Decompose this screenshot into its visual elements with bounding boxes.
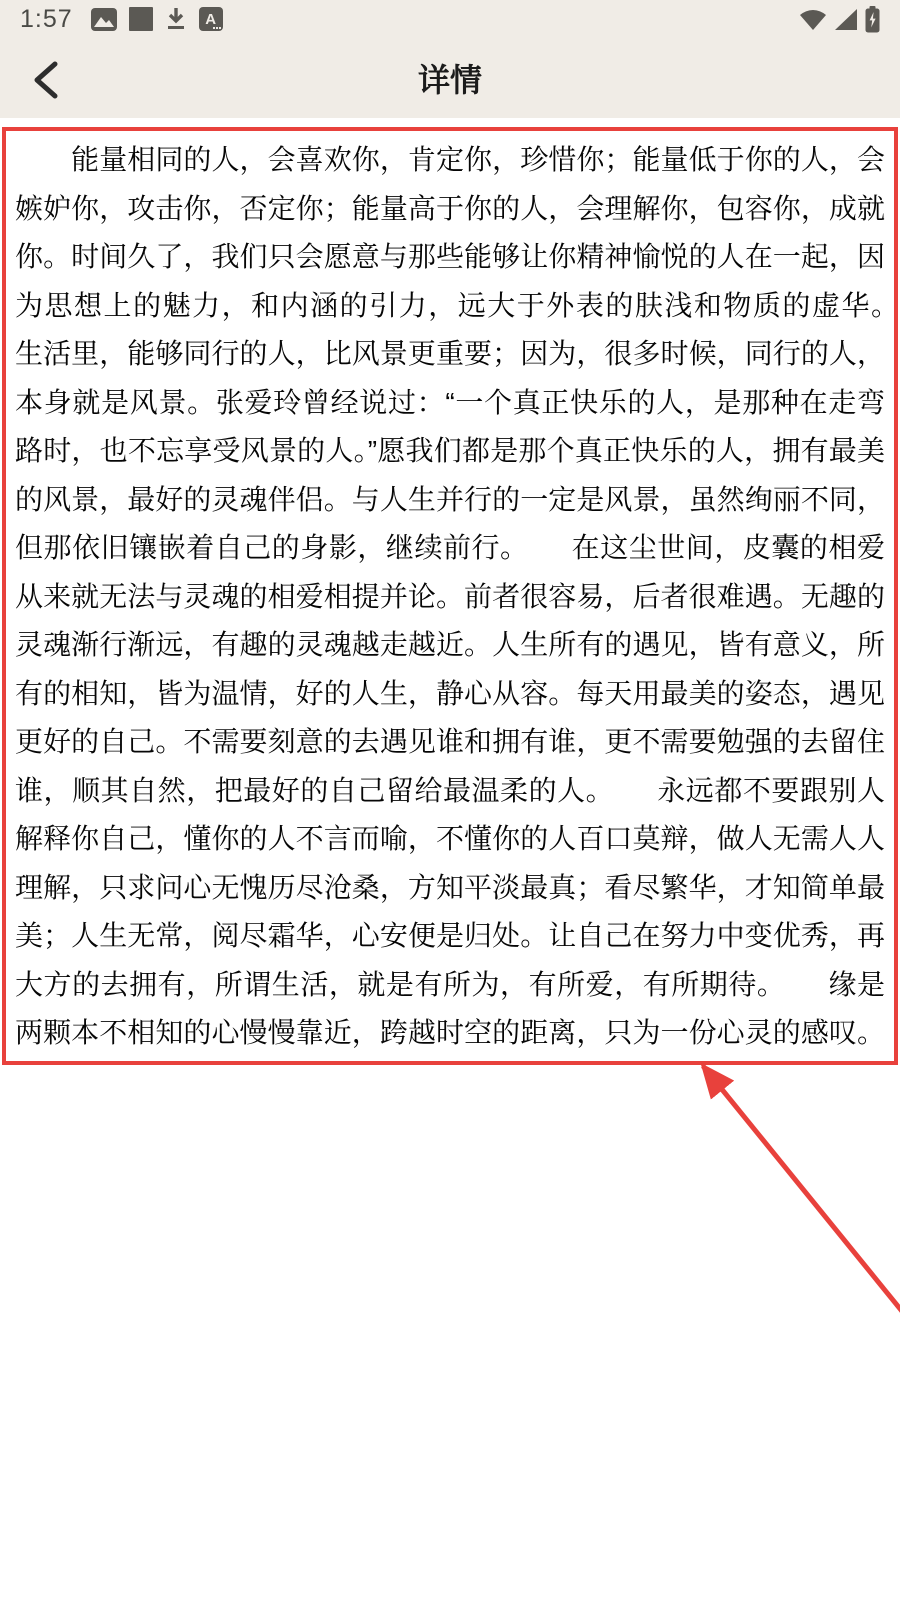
page-title: 详情 [0,38,900,118]
article-text: 能量相同的人，会喜欢你，肯定你，珍惜你；能量低于你的人，会嫉妒你，攻击你，否定你… [15,136,885,1065]
status-bar: 1:57 A [0,0,900,38]
battery-charging-icon [865,6,880,33]
title-bar: 详情 [0,38,900,118]
notification-icons: A [91,7,799,31]
square-notification-icon [129,7,153,31]
clock-time: 1:57 [20,0,73,38]
letter-a-glyph: A [205,11,216,28]
system-status-icons [799,6,880,33]
detail-screen: { "status_bar": { "time": "1:57", "lette… [0,0,900,1600]
wifi-icon [799,8,827,31]
download-icon [165,7,187,31]
article-highlight-box: 能量相同的人，会喜欢你，肯定你，珍惜你；能量低于你的人，会嫉妒你，攻击你，否定你… [2,127,898,1065]
cellular-signal-icon [834,8,858,31]
letter-a-notification-icon: A [199,7,223,31]
photo-notification-icon [91,8,117,31]
letter-a-dots [213,27,221,29]
